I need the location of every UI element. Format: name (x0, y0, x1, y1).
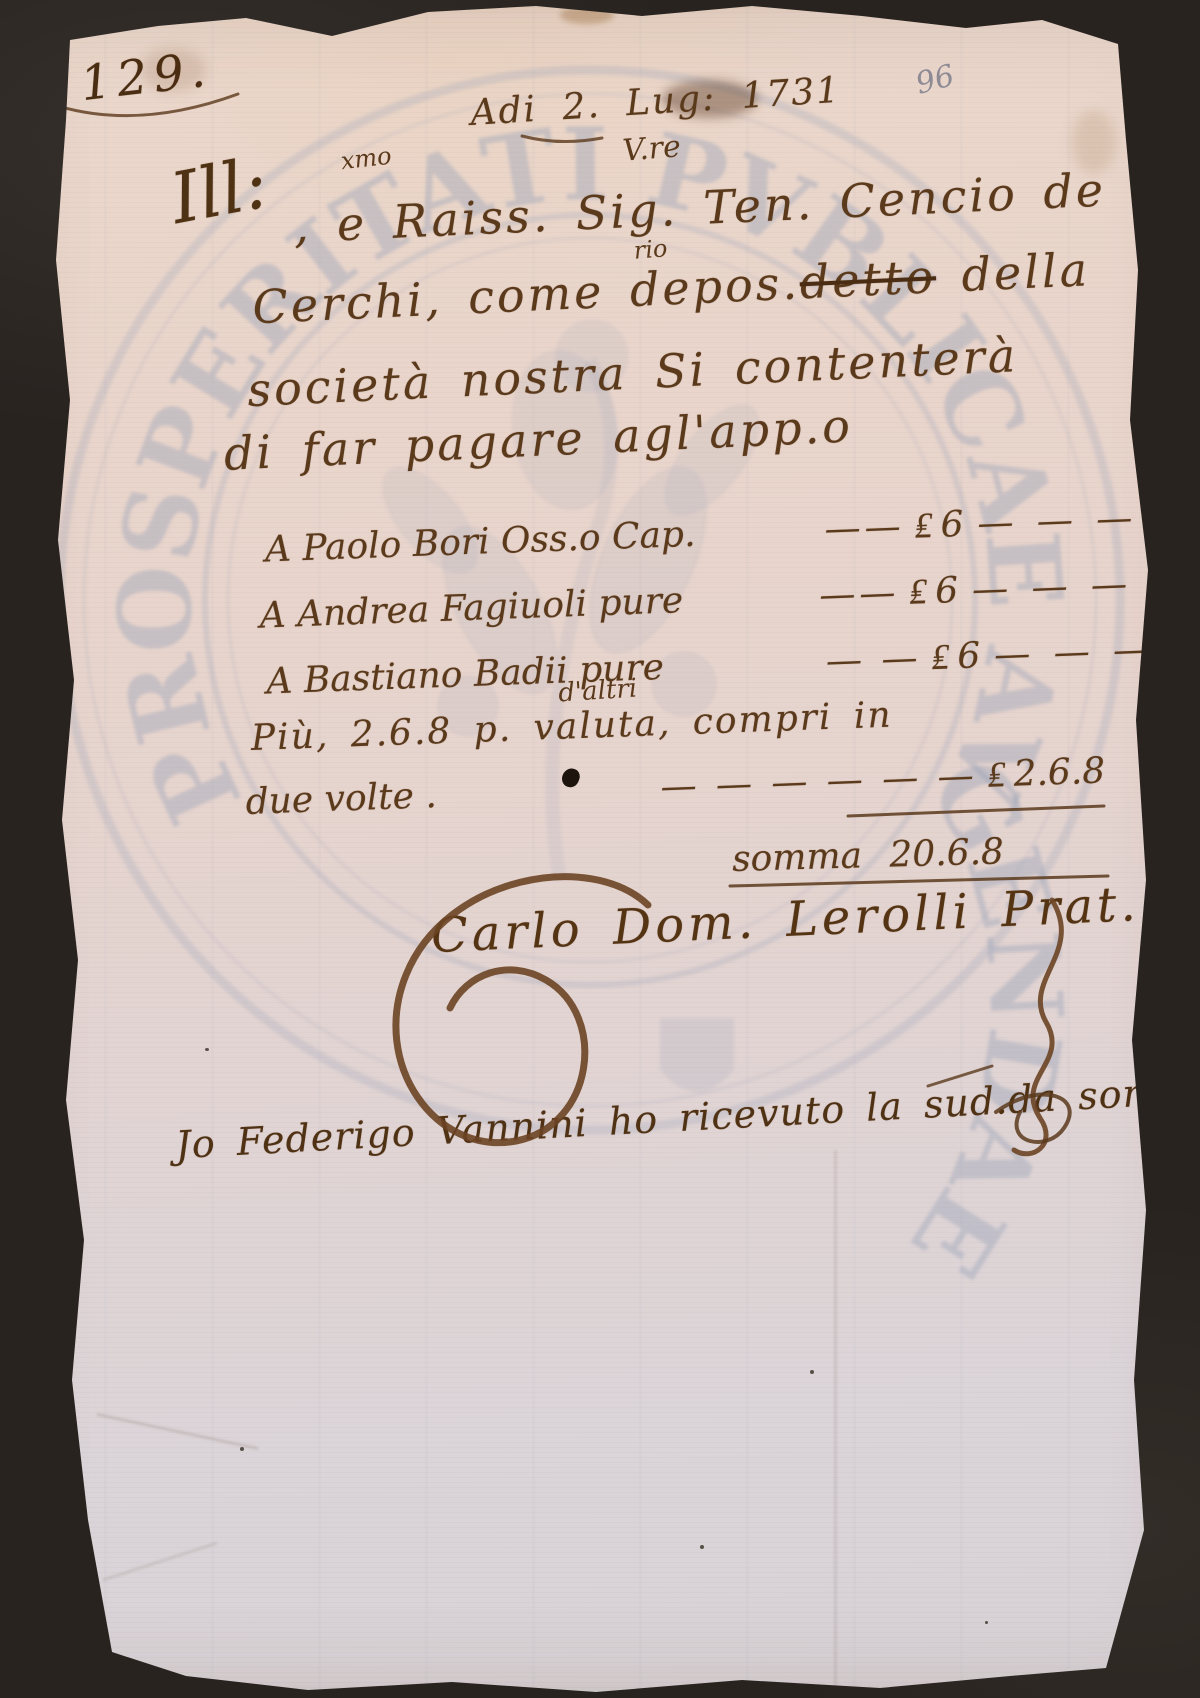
abbreviation-stroke (928, 1066, 992, 1086)
total-underline (730, 876, 1108, 886)
date-underline (522, 136, 602, 142)
archival-underline-flourish (58, 94, 238, 116)
amount-underline (848, 806, 1104, 816)
paper-sheet: PROSPERITATI PVBLICAE AVGENDAE (0, 0, 1200, 1698)
scanned-manuscript: { "document": { "archival_number": "1129… (0, 0, 1200, 1698)
flourish-layer (0, 0, 1200, 1698)
signature-tail-flourish (1014, 900, 1061, 1154)
paper-speck (95, 1575, 98, 1578)
signature-flourish (396, 877, 648, 1143)
